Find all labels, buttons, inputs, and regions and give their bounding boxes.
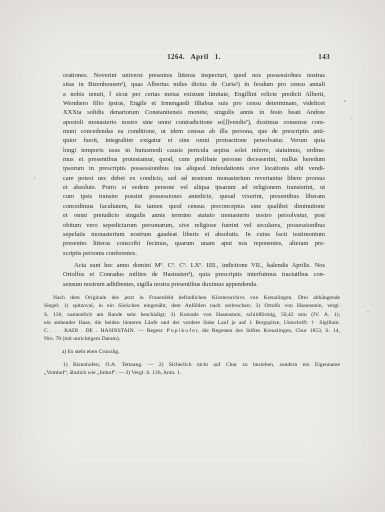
- text-line: muni concedendas ea conditione, ut idem …: [63, 127, 325, 136]
- text-line: Siegel: 1) spitzoval, in ein Säckchen ei…: [44, 302, 340, 310]
- text-line: Ortolfus et Conradus milites de Hasinste…: [63, 270, 325, 279]
- scan-speck: [34, 177, 35, 179]
- text-line: presentes litteras conscribi fecimus, qu…: [63, 239, 325, 248]
- date-heading: 1264. April 1.: [63, 53, 325, 61]
- page-number: 143: [318, 53, 330, 61]
- footnotes-block: 1) Bizenhofen, O.A. Tettnang. — 2) Siche…: [44, 361, 340, 378]
- text-line: orationes. Noverint universi presentes l…: [63, 71, 325, 80]
- text-line: a nobis tenuit, ‖ sicut per certas metas…: [63, 90, 325, 99]
- text-line: C . . . RADI . DE . HASINSTAIN. — Regest…: [44, 327, 340, 335]
- scanned-book-page: 1264. April 1. 143 orationes. Noverint u…: [0, 0, 385, 512]
- scan-speck: [350, 118, 352, 119]
- text-line: Nro. 78 (mit unrichtigem Datum).: [44, 335, 340, 343]
- text-line: et omni preiudicio singulis annis termin…: [63, 211, 325, 220]
- text-line: ipsorum in prescriptis possessionibus iu…: [63, 164, 325, 173]
- scan-speck: [344, 100, 346, 102]
- text-line: sepefatis monasterium nostrum gaudeat li…: [63, 230, 325, 239]
- scan-speck: [367, 311, 369, 312]
- text-line: apostoli monasterio nostro sine omni con…: [63, 118, 325, 127]
- text-line: obitum vero sepedictarum personarum, siv…: [63, 221, 325, 230]
- text-line: sensum nostrum adhibentes, sigilla nostr…: [63, 280, 325, 289]
- text-line: ein stehender Hase, die beiden hinteren …: [44, 319, 340, 327]
- text-line: care potest nec debet ex condicio, sed a…: [63, 174, 325, 183]
- text-line: longi temporis usus in huiusmodi causis …: [63, 146, 325, 155]
- textual-variant-note: a) Es steht eben Cruozlig.: [44, 348, 340, 356]
- text-line: concedimus facultatem, ita tamen quod ce…: [63, 202, 325, 211]
- text-line: mus et presentibus protestamur, quod, cu…: [63, 155, 325, 164]
- text-line: Acta sunt hec anno domini Mº. Cº. Cº. LX…: [63, 261, 325, 270]
- text-line: sitas in Bizenhousen¹), quas Albertus mi…: [63, 80, 325, 89]
- text-line: scriptis personis conferentes.: [63, 249, 325, 258]
- provenance-seal-note: Nach dem Originale des jetzt in Frauenfe…: [44, 294, 340, 344]
- text-line: et absolute. Porro si eedem persone vel …: [63, 183, 325, 192]
- text-line: cum ipsis transire possint possessiones …: [63, 192, 325, 201]
- charter-text-paragraph: orationes. Noverint universi presentes l…: [63, 71, 325, 258]
- text-line: Wernhero filio ipsius, Engile et Irmenga…: [63, 99, 325, 108]
- charter-dating-paragraph: Acta sunt hec anno domini Mº. Cº. Cº. LX…: [63, 261, 325, 289]
- text-line: quior fuerit, integraliter exigatur et s…: [63, 136, 325, 145]
- text-line: XXXta solidis denariorum Constantiensis …: [63, 108, 325, 117]
- text-line: Nach dem Originale des jetzt in Frauenfe…: [44, 294, 340, 302]
- text-line: „Vomhof“, ähnlich wie „Imhof“. — 3) Verg…: [44, 369, 340, 377]
- text-line: S. 136, namentlich am Rande sehr beschäd…: [44, 311, 340, 319]
- text-line: 1) Bizenhofen, O.A. Tettnang. — 2) Siche…: [44, 361, 340, 369]
